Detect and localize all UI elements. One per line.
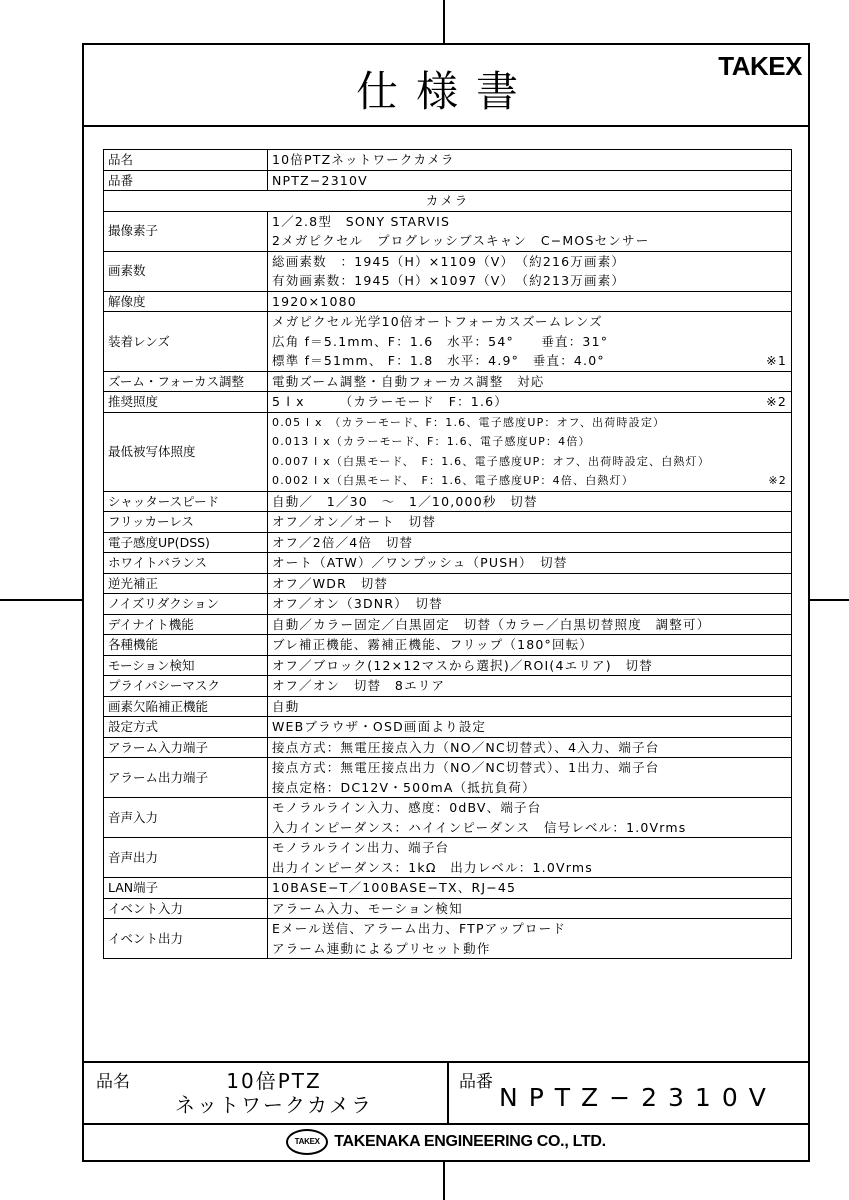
spec-value-text: 接点方式：無電圧接点出力（NO／NC切替式）、1出力、端子台 (272, 758, 659, 778)
spec-value-line: オフ／ブロック(12×12マスから選択)／ROI(4エリア) 切替 (272, 656, 787, 676)
spec-value-line: 標準 f＝51mm、 F：1.8 水平：4.9° 垂直：4.0°※1 (272, 351, 787, 371)
spec-label: ズーム・フォーカス調整 (104, 371, 268, 392)
product-footer: 品名 10倍PTZ ネットワークカメラ 品番 NPTZ−2310V (84, 1061, 808, 1125)
table-row: 装着レンズメガピクセル光学10倍オートフォーカスズームレンズ広角 f＝5.1mm… (104, 312, 792, 372)
spec-value-text: オフ／2倍／4倍 切替 (272, 533, 413, 553)
brand-logo: TAKEX (718, 51, 802, 82)
spec-value-text: メガピクセル光学10倍オートフォーカスズームレンズ (272, 312, 603, 332)
spec-value-line: 電動ズーム調整・自動フォーカス調整 対応 (272, 372, 787, 392)
spec-value-line: メガピクセル光学10倍オートフォーカスズームレンズ (272, 312, 787, 332)
table-row: ホワイトバランスオート（ATW）／ワンプッシュ（PUSH） 切替 (104, 553, 792, 574)
spec-value-text: オフ／オン（3DNR） 切替 (272, 594, 443, 614)
spec-label: 推奨照度 (104, 392, 268, 413)
spec-value: 10倍PTZネットワークカメラ (268, 150, 792, 171)
spec-label: 品番 (104, 170, 268, 191)
company-bar: TAKEX TAKENAKA ENGINEERING CO., LTD. (84, 1123, 808, 1160)
spec-value-line: 2メガピクセル プログレッシブスキャン C−MOSセンサー (272, 231, 787, 251)
spec-value: 自動／ 1／30 〜 1／10,000秒 切替 (268, 491, 792, 512)
table-row: 撮像素子1／2.8型 SONY STARVIS2メガピクセル プログレッシブスキ… (104, 211, 792, 251)
footer-product-number-cell: 品番 NPTZ−2310V (449, 1063, 808, 1123)
spec-label: 画素数 (104, 251, 268, 291)
spec-value-line: NPTZ−2310V (272, 171, 787, 191)
spec-value: 電動ズーム調整・自動フォーカス調整 対応 (268, 371, 792, 392)
table-row: 解像度1920×1080 (104, 291, 792, 312)
spec-value: 接点方式：無電圧接点入力（NO／NC切替式）、4入力、端子台 (268, 737, 792, 758)
spec-value-text: 自動／ 1／30 〜 1／10,000秒 切替 (272, 492, 538, 512)
table-row: アラーム出力端子接点方式：無電圧接点出力（NO／NC切替式）、1出力、端子台接点… (104, 758, 792, 798)
spec-label: ノイズリダクション (104, 594, 268, 615)
spec-label: アラーム入力端子 (104, 737, 268, 758)
spec-value-text: 10倍PTZネットワークカメラ (272, 150, 455, 170)
table-row: イベント出力Eメール送信、アラーム出力、FTPアップロードアラーム連動によるプリ… (104, 919, 792, 959)
spec-value-text: 1／2.8型 SONY STARVIS (272, 212, 450, 232)
spec-value-text: 0.013 l x（カラーモード、F：1.6、電子感度UP：4倍） (272, 432, 591, 452)
spec-value: オフ／オン（3DNR） 切替 (268, 594, 792, 615)
spec-value-text: Eメール送信、アラーム出力、FTPアップロード (272, 919, 566, 939)
spec-value-line: 1／2.8型 SONY STARVIS (272, 212, 787, 232)
table-row: 最低被写体照度0.05 l x （カラーモード、F：1.6、電子感度UP：オフ、… (104, 412, 792, 491)
table-row: 画素数総画素数 ：1945（H）×1109（V） （約216万画素）有効画素数：… (104, 251, 792, 291)
spec-label: 品名 (104, 150, 268, 171)
spec-value: オフ／ブロック(12×12マスから選択)／ROI(4エリア) 切替 (268, 655, 792, 676)
table-row: 電子感度UP(DSS)オフ／2倍／4倍 切替 (104, 532, 792, 553)
crop-mark-bottom (443, 1160, 445, 1200)
table-row: デイナイト機能自動／カラー固定／白黒固定 切替（カラー／白黒切替照度 調整可） (104, 614, 792, 635)
spec-value-text: オフ／オン 切替 8エリア (272, 676, 445, 696)
table-row: モーション検知オフ／ブロック(12×12マスから選択)／ROI(4エリア) 切替 (104, 655, 792, 676)
spec-value: 接点方式：無電圧接点出力（NO／NC切替式）、1出力、端子台接点定格：DC12V… (268, 758, 792, 798)
spec-value-text: 5 l x （カラーモード F：1.6） (272, 392, 508, 412)
spec-label: 装着レンズ (104, 312, 268, 372)
spec-label: 各種機能 (104, 635, 268, 656)
spec-value-line: 1920×1080 (272, 292, 787, 312)
spec-value-text: WEBブラウザ・OSD画面より設定 (272, 717, 486, 737)
table-row: 音声出力モノラルライン出力、端子台出力インピーダンス：1kΩ 出力レベル：1.0… (104, 838, 792, 878)
crop-mark-left (0, 599, 82, 601)
spec-label: イベント入力 (104, 898, 268, 919)
spec-value-text: モノラルライン入力、感度：0dBV、端子台 (272, 798, 541, 818)
spec-value-text: 電動ズーム調整・自動フォーカス調整 対応 (272, 372, 545, 392)
footer-name-line2: ネットワークカメラ (144, 1093, 404, 1117)
spec-label: 画素欠陥補正機能 (104, 696, 268, 717)
spec-label: アラーム出力端子 (104, 758, 268, 798)
spec-value-text: 1920×1080 (272, 292, 357, 312)
spec-value: メガピクセル光学10倍オートフォーカスズームレンズ広角 f＝5.1mm、F：1.… (268, 312, 792, 372)
spec-value-line: オフ／オン 切替 8エリア (272, 676, 787, 696)
table-row: 逆光補正オフ／WDR 切替 (104, 573, 792, 594)
spec-value-line: モノラルライン出力、端子台 (272, 838, 787, 858)
spec-value-line: 自動 (272, 697, 787, 717)
spec-value-line: 10BASE−T／100BASE−TX、RJ−45 (272, 878, 787, 898)
spec-table: 品名10倍PTZネットワークカメラ品番NPTZ−2310Vカメラ撮像素子1／2.… (103, 149, 792, 959)
spec-value: WEBブラウザ・OSD画面より設定 (268, 717, 792, 738)
table-row: 設定方式WEBブラウザ・OSD画面より設定 (104, 717, 792, 738)
spec-value: モノラルライン入力、感度：0dBV、端子台入力インピーダンス：ハイインピーダンス… (268, 798, 792, 838)
spec-value-line: モノラルライン入力、感度：0dBV、端子台 (272, 798, 787, 818)
document-frame: 仕様書 TAKEX 品名10倍PTZネットワークカメラ品番NPTZ−2310Vカ… (82, 43, 810, 1162)
spec-value: オフ／オン／オート 切替 (268, 512, 792, 533)
table-row: LAN端子10BASE−T／100BASE−TX、RJ−45 (104, 878, 792, 899)
spec-label: 最低被写体照度 (104, 412, 268, 491)
spec-value: 10BASE−T／100BASE−TX、RJ−45 (268, 878, 792, 899)
spec-value-line: 総画素数 ：1945（H）×1109（V） （約216万画素） (272, 252, 787, 272)
spec-value-line: 0.002 l x（白黒モード、 F：1.6、電子感度UP：4倍、白熱灯）※2 (272, 471, 787, 491)
spec-value-line: 自動／カラー固定／白黒固定 切替（カラー／白黒切替照度 調整可） (272, 615, 787, 635)
table-row: 各種機能ブレ補正機能、霧補正機能、フリップ（180°回転） (104, 635, 792, 656)
spec-value: オフ／WDR 切替 (268, 573, 792, 594)
spec-label: モーション検知 (104, 655, 268, 676)
spec-label: 電子感度UP(DSS) (104, 532, 268, 553)
spec-value-text: アラーム入力、モーション検知 (272, 899, 463, 919)
spec-value: ブレ補正機能、霧補正機能、フリップ（180°回転） (268, 635, 792, 656)
spec-value-text: 自動 (272, 697, 299, 717)
document-title: 仕様書 (84, 59, 808, 119)
spec-value: 自動 (268, 696, 792, 717)
spec-value-text: 0.05 l x （カラーモード、F：1.6、電子感度UP：オフ、出荷時設定） (272, 413, 665, 433)
spec-value-text: オフ／オン／オート 切替 (272, 512, 436, 532)
spec-value-line: アラーム入力、モーション検知 (272, 899, 787, 919)
crop-mark-right (808, 599, 849, 601)
spec-value-text: 接点定格：DC12V・500mA（抵抗負荷） (272, 778, 536, 798)
spec-value: NPTZ−2310V (268, 170, 792, 191)
spec-value-line: Eメール送信、アラーム出力、FTPアップロード (272, 919, 787, 939)
spec-value: 0.05 l x （カラーモード、F：1.6、電子感度UP：オフ、出荷時設定）0… (268, 412, 792, 491)
spec-label: 設定方式 (104, 717, 268, 738)
spec-value-text: ブレ補正機能、霧補正機能、フリップ（180°回転） (272, 635, 593, 655)
document-header: 仕様書 TAKEX (84, 45, 808, 127)
spec-label: 音声出力 (104, 838, 268, 878)
spec-value-text: モノラルライン出力、端子台 (272, 838, 449, 858)
spec-value-line: オフ／WDR 切替 (272, 574, 787, 594)
spec-value-text: 0.007 l x（白黒モード、 F：1.6、電子感度UP：オフ、出荷時設定、白… (272, 452, 710, 472)
spec-value: 総画素数 ：1945（H）×1109（V） （約216万画素）有効画素数：194… (268, 251, 792, 291)
table-row: フリッカーレスオフ／オン／オート 切替 (104, 512, 792, 533)
spec-value-text: 2メガピクセル プログレッシブスキャン C−MOSセンサー (272, 231, 649, 251)
table-row: ズーム・フォーカス調整電動ズーム調整・自動フォーカス調整 対応 (104, 371, 792, 392)
spec-value-line: 入力インピーダンス：ハイインピーダンス 信号レベル：1.0Vrms (272, 818, 787, 838)
crop-mark-top (443, 0, 445, 43)
table-row: ノイズリダクションオフ／オン（3DNR） 切替 (104, 594, 792, 615)
spec-label: シャッタースピード (104, 491, 268, 512)
spec-value-text: NPTZ−2310V (272, 171, 368, 191)
spec-value: アラーム入力、モーション検知 (268, 898, 792, 919)
spec-value-line: オフ／オン／オート 切替 (272, 512, 787, 532)
spec-value-line: アラーム連動によるプリセット動作 (272, 939, 787, 959)
spec-value-line: 自動／ 1／30 〜 1／10,000秒 切替 (272, 492, 787, 512)
spec-label: 撮像素子 (104, 211, 268, 251)
table-row: シャッタースピード自動／ 1／30 〜 1／10,000秒 切替 (104, 491, 792, 512)
section-heading: カメラ (104, 191, 792, 212)
spec-value-line: 出力インピーダンス：1kΩ 出力レベル：1.0Vrms (272, 858, 787, 878)
spec-label: ホワイトバランス (104, 553, 268, 574)
footer-product-name-cell: 品名 10倍PTZ ネットワークカメラ (84, 1063, 449, 1123)
spec-value-text: 10BASE−T／100BASE−TX、RJ−45 (272, 878, 516, 898)
spec-value-text: 総画素数 ：1945（H）×1109（V） （約216万画素） (272, 252, 625, 272)
footer-name-line1: 10倍PTZ (144, 1069, 404, 1093)
spec-value: 1／2.8型 SONY STARVIS2メガピクセル プログレッシブスキャン C… (268, 211, 792, 251)
footer-name-label: 品名 (96, 1067, 130, 1092)
spec-value-line: 0.007 l x（白黒モード、 F：1.6、電子感度UP：オフ、出荷時設定、白… (272, 452, 787, 472)
footer-number-label: 品番 (459, 1067, 493, 1092)
table-row: 音声入力モノラルライン入力、感度：0dBV、端子台入力インピーダンス：ハイインピ… (104, 798, 792, 838)
spec-value-line: オフ／2倍／4倍 切替 (272, 533, 787, 553)
table-row: 画素欠陥補正機能自動 (104, 696, 792, 717)
footer-product-number: NPTZ−2310V (499, 1083, 777, 1112)
spec-label: 逆光補正 (104, 573, 268, 594)
spec-value-line: オフ／オン（3DNR） 切替 (272, 594, 787, 614)
spec-value-text: 出力インピーダンス：1kΩ 出力レベル：1.0Vrms (272, 858, 593, 878)
table-row: 推奨照度5 l x （カラーモード F：1.6）※2 (104, 392, 792, 413)
spec-value-text: オフ／WDR 切替 (272, 574, 388, 594)
spec-value-text: オート（ATW）／ワンプッシュ（PUSH） 切替 (272, 553, 568, 573)
footnote-mark: ※2 (768, 471, 787, 491)
table-row: アラーム入力端子接点方式：無電圧接点入力（NO／NC切替式）、4入力、端子台 (104, 737, 792, 758)
table-row: 品名10倍PTZネットワークカメラ (104, 150, 792, 171)
footnote-mark: ※1 (766, 351, 787, 371)
spec-value-line: 有効画素数：1945（H）×1097（V） （約213万画素） (272, 271, 787, 291)
spec-value: Eメール送信、アラーム出力、FTPアップロードアラーム連動によるプリセット動作 (268, 919, 792, 959)
spec-value-line: ブレ補正機能、霧補正機能、フリップ（180°回転） (272, 635, 787, 655)
spec-value: モノラルライン出力、端子台出力インピーダンス：1kΩ 出力レベル：1.0Vrms (268, 838, 792, 878)
spec-value: 自動／カラー固定／白黒固定 切替（カラー／白黒切替照度 調整可） (268, 614, 792, 635)
spec-value-text: 接点方式：無電圧接点入力（NO／NC切替式）、4入力、端子台 (272, 738, 659, 758)
footnote-mark: ※2 (766, 392, 787, 412)
spec-label: フリッカーレス (104, 512, 268, 533)
spec-value-line: 5 l x （カラーモード F：1.6）※2 (272, 392, 787, 412)
spec-value-line: 広角 f＝5.1mm、F：1.6 水平：54° 垂直：31° (272, 332, 787, 352)
spec-table-body: 品名10倍PTZネットワークカメラ品番NPTZ−2310Vカメラ撮像素子1／2.… (104, 150, 792, 959)
table-row: 品番NPTZ−2310V (104, 170, 792, 191)
spec-value-text: 広角 f＝5.1mm、F：1.6 水平：54° 垂直：31° (272, 332, 608, 352)
spec-value-text: 入力インピーダンス：ハイインピーダンス 信号レベル：1.0Vrms (272, 818, 687, 838)
spec-value: 1920×1080 (268, 291, 792, 312)
spec-value: 5 l x （カラーモード F：1.6）※2 (268, 392, 792, 413)
footer-product-name: 10倍PTZ ネットワークカメラ (144, 1069, 404, 1117)
spec-label: デイナイト機能 (104, 614, 268, 635)
spec-value-line: 0.013 l x（カラーモード、F：1.6、電子感度UP：4倍） (272, 432, 787, 452)
spec-value-text: 0.002 l x（白黒モード、 F：1.6、電子感度UP：4倍、白熱灯） (272, 471, 634, 491)
spec-value-text: 標準 f＝51mm、 F：1.8 水平：4.9° 垂直：4.0° (272, 351, 605, 371)
table-row: プライバシーマスクオフ／オン 切替 8エリア (104, 676, 792, 697)
spec-value-text: 自動／カラー固定／白黒固定 切替（カラー／白黒切替照度 調整可） (272, 615, 710, 635)
table-row: イベント入力アラーム入力、モーション検知 (104, 898, 792, 919)
spec-value-line: 接点方式：無電圧接点入力（NO／NC切替式）、4入力、端子台 (272, 738, 787, 758)
takex-logo-icon: TAKEX (286, 1129, 328, 1155)
spec-label: 音声入力 (104, 798, 268, 838)
spec-value: オフ／オン 切替 8エリア (268, 676, 792, 697)
spec-label: 解像度 (104, 291, 268, 312)
spec-value-line: 接点方式：無電圧接点出力（NO／NC切替式）、1出力、端子台 (272, 758, 787, 778)
spec-value-text: アラーム連動によるプリセット動作 (272, 939, 491, 959)
section-row: カメラ (104, 191, 792, 212)
spec-label: イベント出力 (104, 919, 268, 959)
spec-value-line: 10倍PTZネットワークカメラ (272, 150, 787, 170)
spec-value-line: WEBブラウザ・OSD画面より設定 (272, 717, 787, 737)
spec-value: オフ／2倍／4倍 切替 (268, 532, 792, 553)
company-name: TAKENAKA ENGINEERING CO., LTD. (334, 1133, 606, 1151)
spec-value-text: オフ／ブロック(12×12マスから選択)／ROI(4エリア) 切替 (272, 656, 653, 676)
spec-value-text: 有効画素数：1945（H）×1097（V） （約213万画素） (272, 271, 625, 291)
spec-label: プライバシーマスク (104, 676, 268, 697)
spec-label: LAN端子 (104, 878, 268, 899)
spec-value-line: 接点定格：DC12V・500mA（抵抗負荷） (272, 778, 787, 798)
spec-value: オート（ATW）／ワンプッシュ（PUSH） 切替 (268, 553, 792, 574)
spec-value-line: 0.05 l x （カラーモード、F：1.6、電子感度UP：オフ、出荷時設定） (272, 413, 787, 433)
spec-value-line: オート（ATW）／ワンプッシュ（PUSH） 切替 (272, 553, 787, 573)
